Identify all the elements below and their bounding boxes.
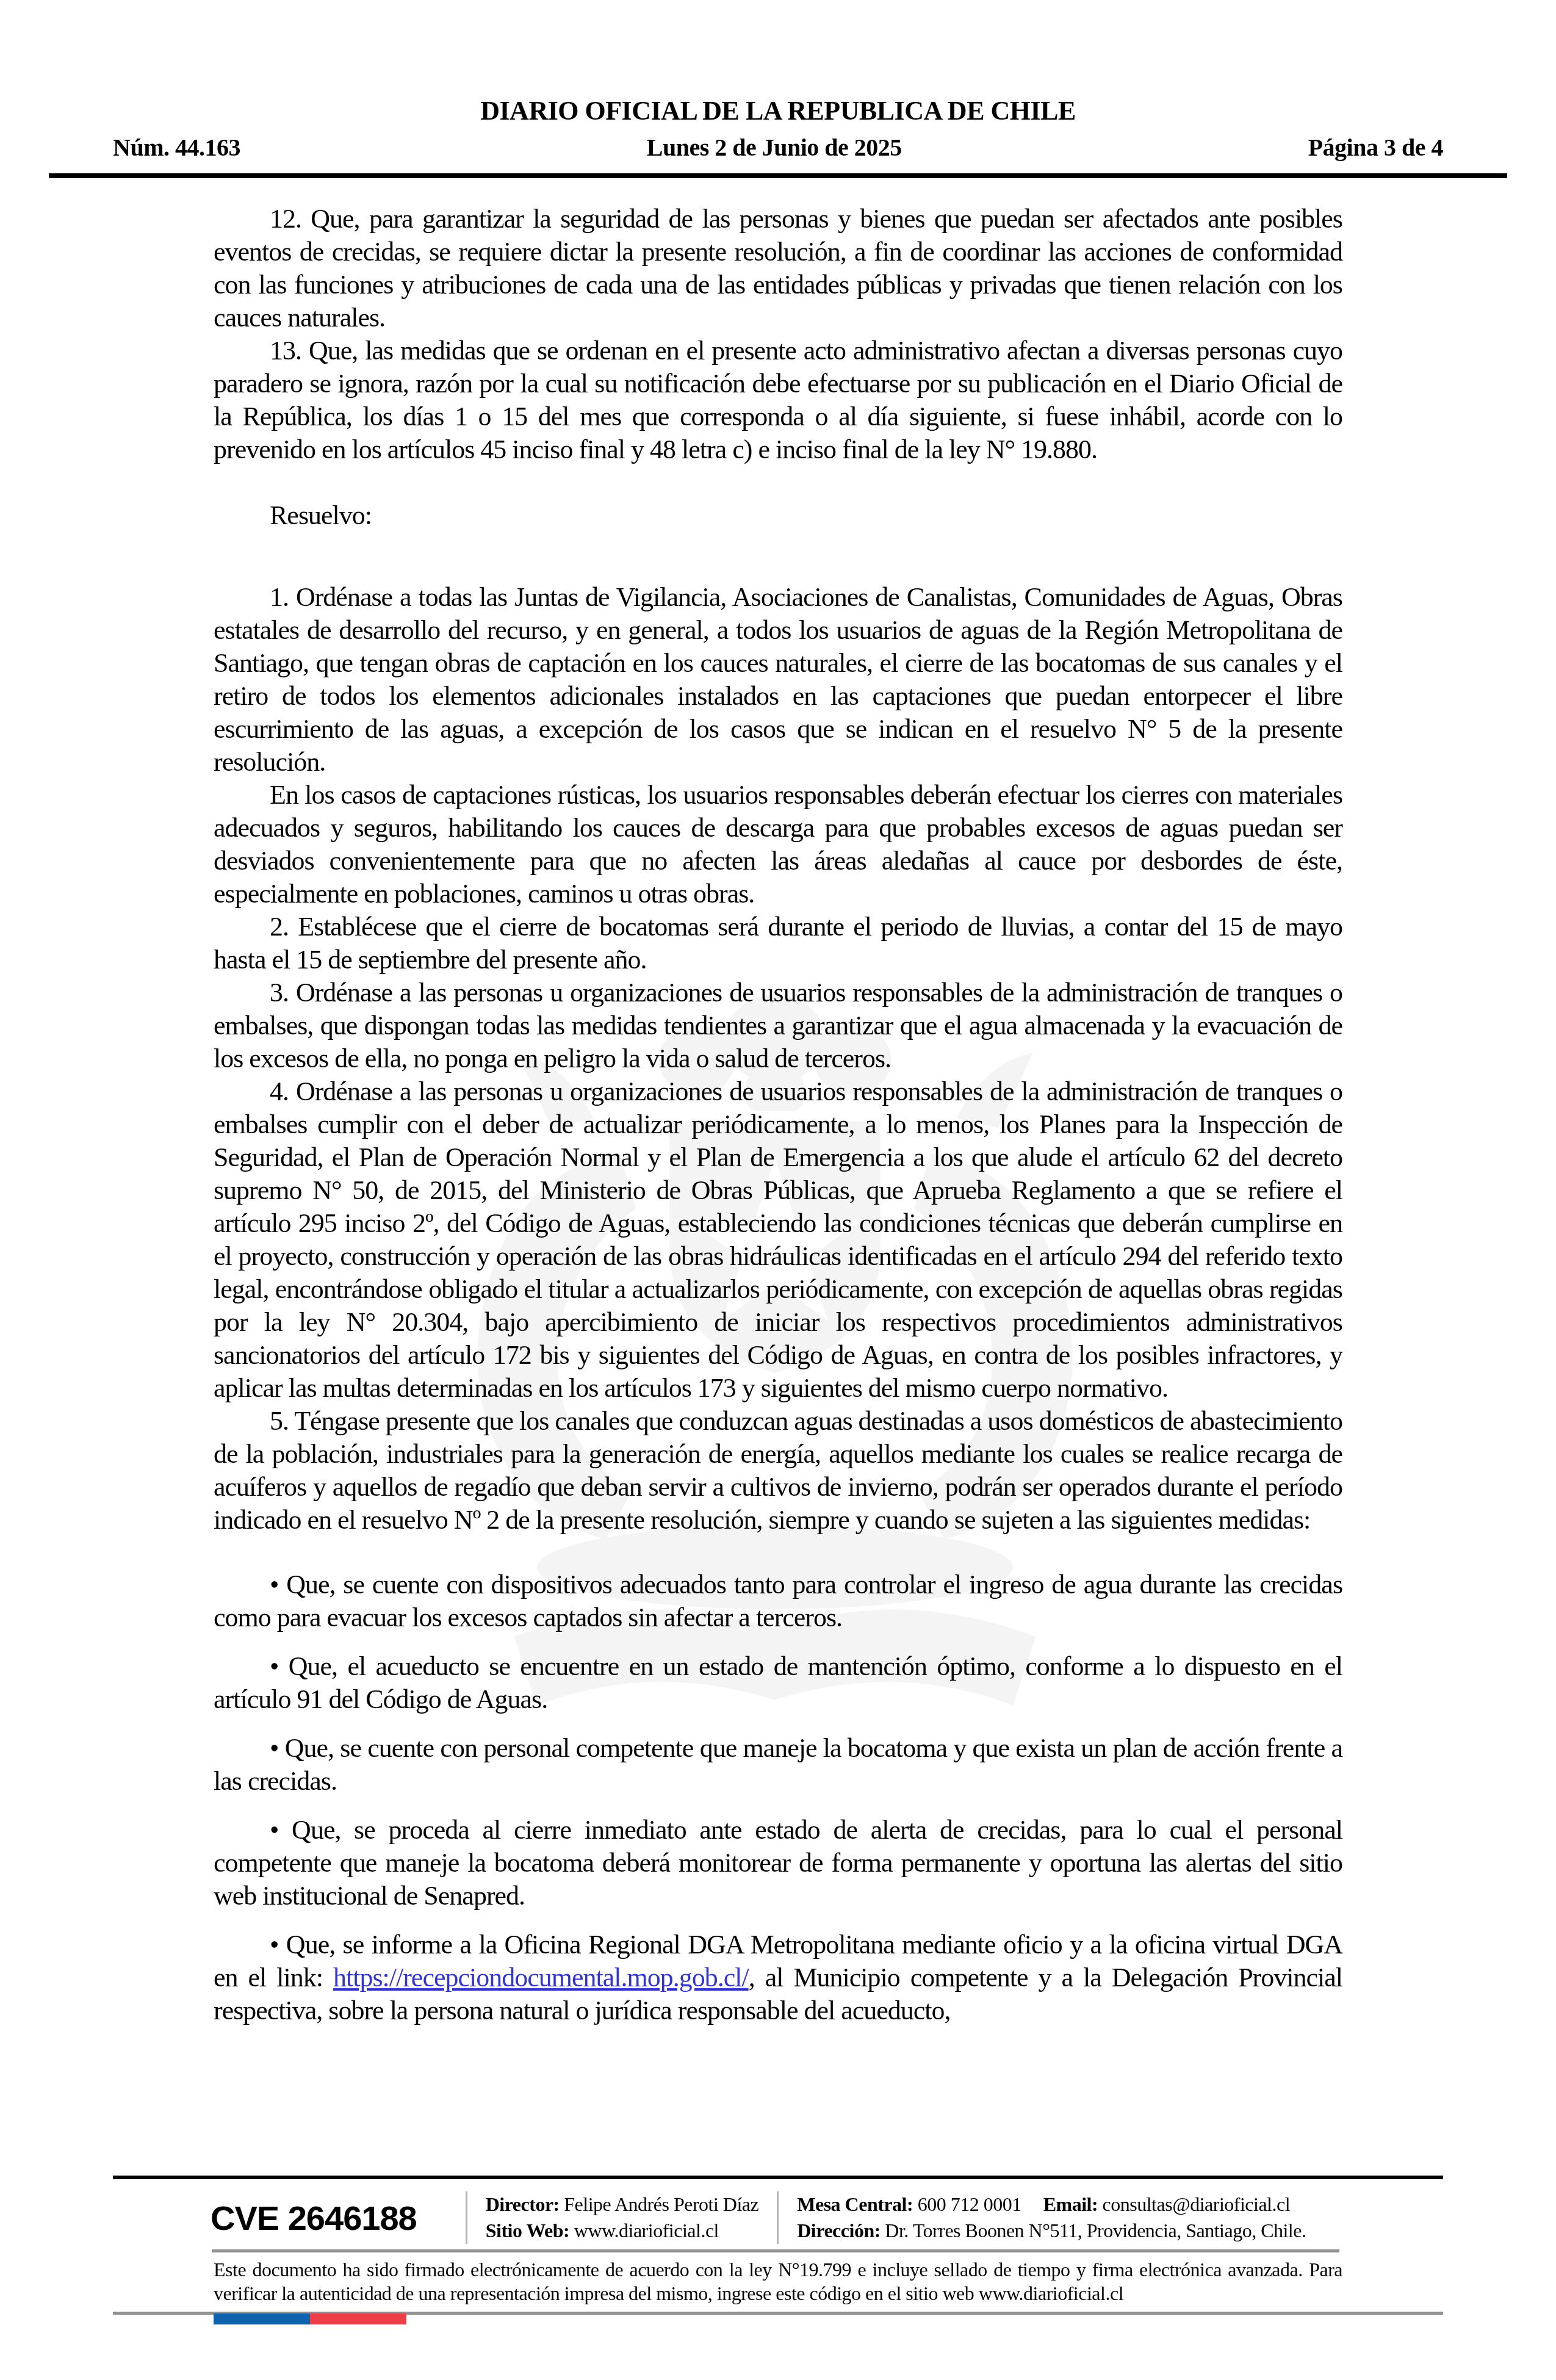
email-label: Email: <box>1043 2193 1098 2215</box>
bullet-item-5: • Que, se informe a la Oficina Regional … <box>214 1928 1342 2027</box>
director-line: Director: Felipe Andrés Peroti Díaz <box>486 2191 759 2218</box>
phone-email-line: Mesa Central: 600 712 0001Email: consult… <box>797 2191 1306 2218</box>
footer-divider <box>777 2191 779 2244</box>
bullet-item-2: • Que, el acueducto se encuentre en un e… <box>214 1650 1342 1716</box>
footer-director-column: Director: Felipe Andrés Peroti Díaz Siti… <box>486 2191 759 2244</box>
address-value: Dr. Torres Boonen N°511, Providencia, Sa… <box>885 2220 1306 2241</box>
footer-divider <box>466 2191 467 2244</box>
issue-date: Lunes 2 de Junio de 2025 <box>647 133 902 162</box>
chile-flag-bar <box>214 2313 406 2324</box>
website-label: Sitio Web: <box>486 2220 570 2241</box>
phone-value: 600 712 0001 <box>918 2193 1021 2215</box>
bullet-item-1: • Que, se cuente con dispositivos adecua… <box>214 1568 1342 1634</box>
email-value: consultas@diarioficial.cl <box>1103 2193 1291 2215</box>
resolutivo-2: 2. Establécese que el cierre de bocatoma… <box>214 911 1342 976</box>
resolutivo-3: 3. Ordénase a las personas u organizacio… <box>214 976 1342 1075</box>
header-info-row: Núm. 44.163 Lunes 2 de Junio de 2025 Pág… <box>113 133 1443 162</box>
footer-contact-column: Mesa Central: 600 712 0001Email: consult… <box>797 2191 1306 2244</box>
director-name: Felipe Andrés Peroti Díaz <box>564 2193 758 2215</box>
dga-online-office-link[interactable]: https://recepciondocumental.mop.gob.cl/ <box>333 1963 749 1992</box>
issue-number: Núm. 44.163 <box>113 133 240 162</box>
footer-top-rule <box>113 2176 1443 2179</box>
footer-cve-row: CVE 2646188 Director: Felipe Andrés Pero… <box>113 2186 1443 2249</box>
website-line: Sitio Web: www.diarioficial.cl <box>486 2218 759 2244</box>
document-page: DIARIO OFICIAL DE LA REPUBLICA DE CHILE … <box>0 0 1556 2380</box>
gazette-title: DIARIO OFICIAL DE LA REPUBLICA DE CHILE <box>0 95 1556 126</box>
address-label: Dirección: <box>797 2220 881 2241</box>
paragraph-considerando-12: 12. Que, para garantizar la seguridad de… <box>214 203 1342 334</box>
address-line: Dirección: Dr. Torres Boonen N°511, Prov… <box>797 2218 1306 2244</box>
resolutivo-1: 1. Ordénase a todas las Juntas de Vigila… <box>214 581 1342 779</box>
resolutivo-5: 5. Téngase presente que los canales que … <box>214 1405 1342 1537</box>
resolutivo-4: 4. Ordénase a las personas u organizacio… <box>214 1075 1342 1405</box>
flag-blue-segment <box>214 2313 310 2324</box>
signature-disclaimer: Este documento ha sido firmado electróni… <box>214 2258 1342 2306</box>
bullet-item-4: • Que, se proceda al cierre inmediato an… <box>214 1814 1342 1913</box>
bullet-item-3: • Que, se cuente con personal competente… <box>214 1732 1342 1798</box>
header-rule <box>49 173 1507 178</box>
resuelvo-heading: Resuelvo: <box>214 499 1342 532</box>
website-value: www.diarioficial.cl <box>574 2220 719 2241</box>
cve-code: CVE 2646188 <box>211 2198 417 2238</box>
document-body: 12. Que, para garantizar la seguridad de… <box>214 203 1342 2027</box>
director-label: Director: <box>486 2193 560 2215</box>
page-indicator: Página 3 de 4 <box>1308 133 1443 162</box>
phone-label: Mesa Central: <box>797 2193 913 2215</box>
paragraph-considerando-13: 13. Que, las medidas que se ordenan en e… <box>214 334 1342 466</box>
flag-red-segment <box>310 2313 406 2324</box>
footer-mid-rule <box>212 2249 1339 2252</box>
resolutivo-1-continuation: En los casos de captaciones rústicas, lo… <box>214 779 1342 911</box>
